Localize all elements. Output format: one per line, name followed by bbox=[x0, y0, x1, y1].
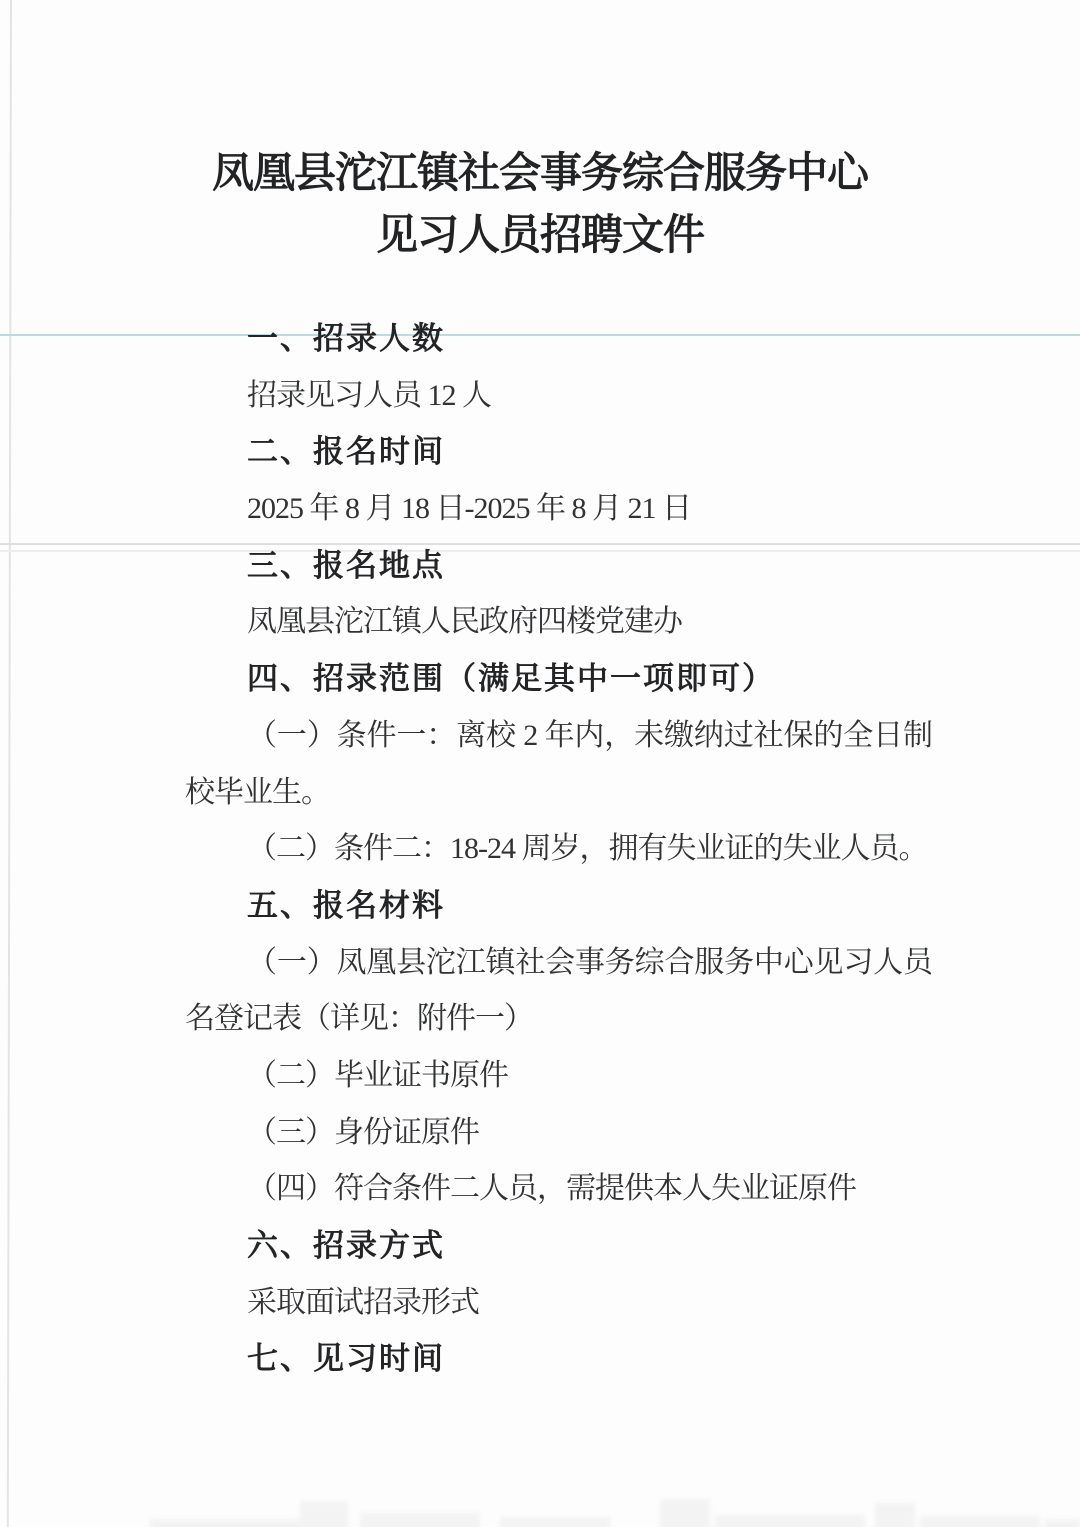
paragraph-line: （二）毕业证书原件 bbox=[185, 1048, 932, 1105]
section-heading-4: 四、招录范围（满足其中一项即可） bbox=[185, 651, 932, 708]
title-line-1: 凤凰县沱江镇社会事务综合服务中心 bbox=[0, 142, 1080, 204]
paragraph-continuation: 名登记表（详见：附件一） bbox=[185, 991, 932, 1048]
section-heading-3: 三、报名地点 bbox=[185, 538, 932, 595]
section-heading-6: 六、招录方式 bbox=[185, 1218, 932, 1275]
title-line-2: 见习人员招聘文件 bbox=[0, 204, 1080, 266]
section-heading-7: 七、见习时间 bbox=[185, 1331, 932, 1388]
paragraph-continuation: 校毕业生。 bbox=[185, 765, 932, 822]
paragraph-line: 招录见习人员 12 人 bbox=[185, 368, 932, 425]
paragraph-line: 采取面试招录形式 bbox=[185, 1275, 932, 1332]
section-heading-1: 一、招录人数 bbox=[185, 311, 932, 368]
section-heading-5: 五、报名材料 bbox=[185, 878, 932, 935]
paragraph-line: （三）身份证原件 bbox=[185, 1105, 932, 1162]
paragraph-line: （一）凤凰县沱江镇社会事务综合服务中心见习人员报 bbox=[185, 935, 932, 992]
document-title: 凤凰县沱江镇社会事务综合服务中心 见习人员招聘文件 bbox=[0, 142, 1080, 266]
document-body: 一、招录人数 招录见习人员 12 人 二、报名时间 2025 年 8 月 18 … bbox=[185, 311, 932, 1388]
paragraph-line: 凤凰县沱江镇人民政府四楼党建办 bbox=[185, 594, 932, 651]
paragraph-line: （一）条件一：离校 2 年内，未缴纳过社保的全日制高 bbox=[185, 708, 932, 765]
paragraph-line: （四）符合条件二人员，需提供本人失业证原件 bbox=[185, 1161, 932, 1218]
paragraph-line: （二）条件二：18-24 周岁，拥有失业证的失业人员。 bbox=[185, 821, 932, 878]
scanned-document-page: { "document": { "title_lines": [ "凤凰县沱江镇… bbox=[0, 0, 1080, 1527]
paragraph-line: 2025 年 8 月 18 日-2025 年 8 月 21 日 bbox=[185, 481, 932, 538]
page-bottom-bleed-artifact bbox=[0, 1493, 1080, 1527]
section-heading-2: 二、报名时间 bbox=[185, 424, 932, 481]
